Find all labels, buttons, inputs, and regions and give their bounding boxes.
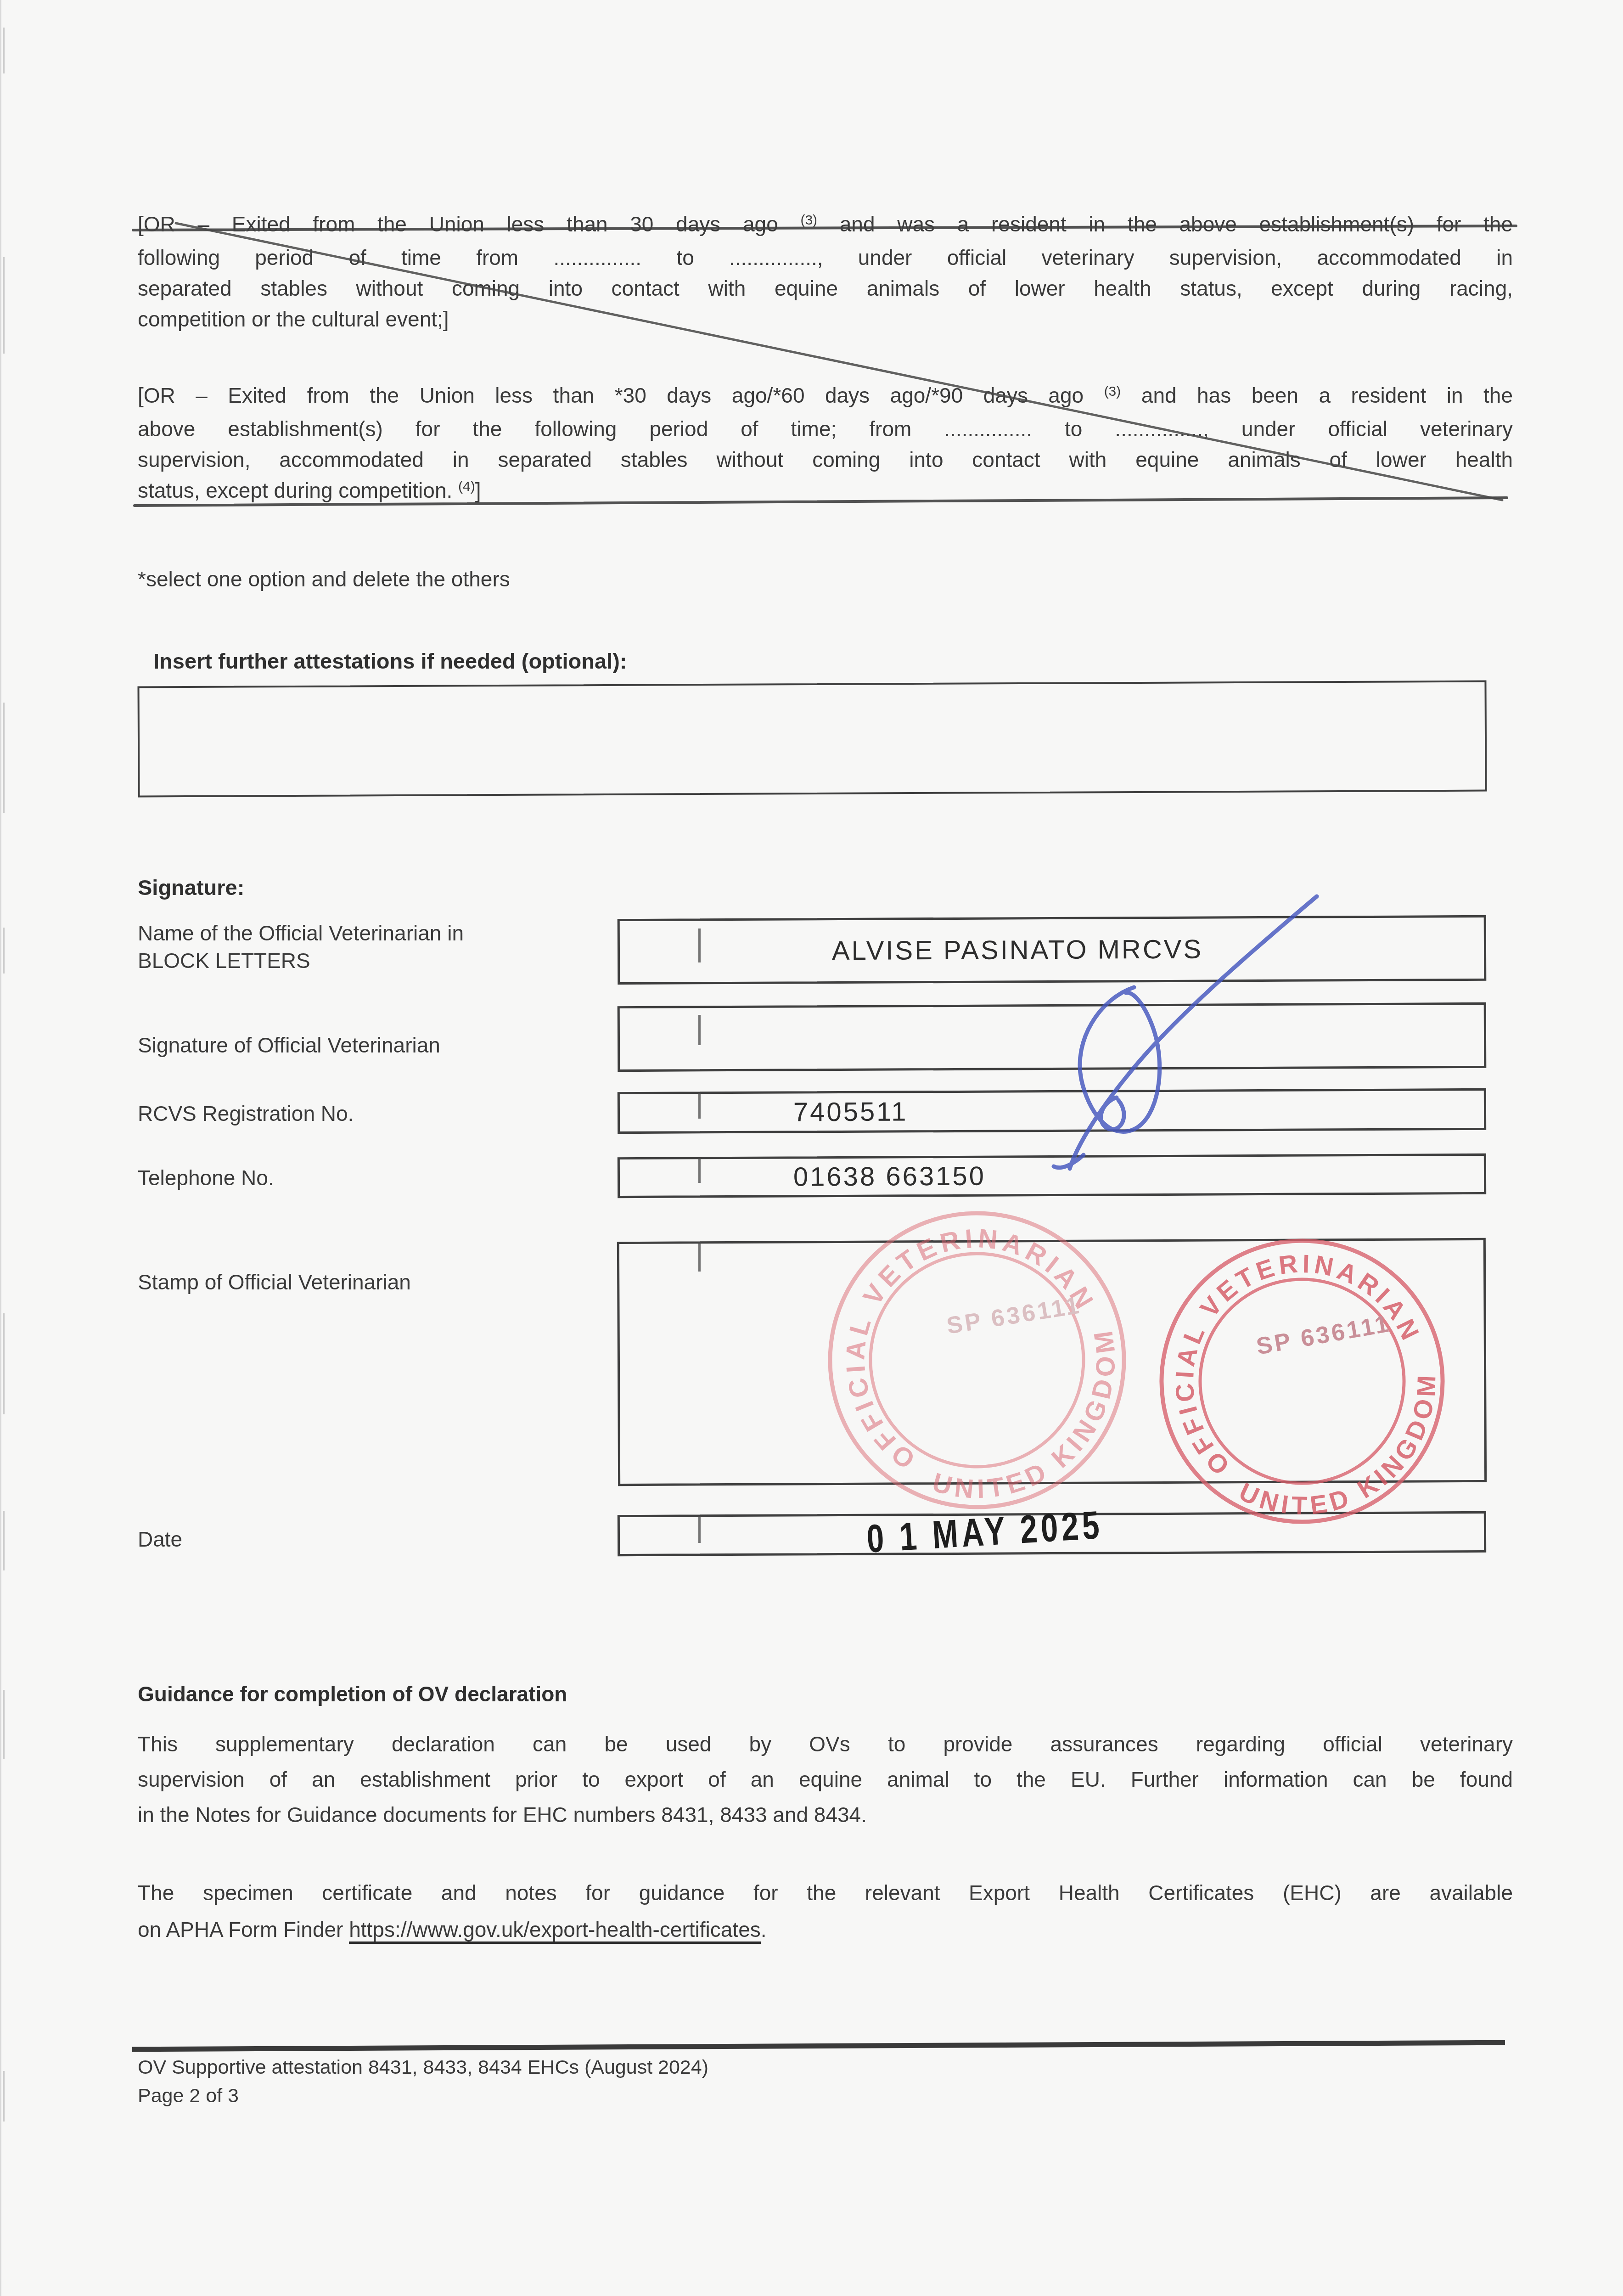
scanned-document-page: [OR – Exited from the Union less than 30… [0, 0, 1623, 2296]
rcvs-value-wrap: 7405511 [620, 1091, 1484, 1131]
text-span: . [761, 1918, 767, 1941]
signature-section-heading: Signature: [138, 875, 244, 900]
text-line: status, except during competition. (4)] [138, 475, 1513, 509]
label-line: BLOCK LETTERS [138, 947, 514, 974]
footer-document-title: OV Supportive attestation 8431, 8433, 84… [138, 2056, 708, 2079]
text-line: [OR – Exited from the Union less than *3… [138, 380, 1513, 414]
footer-rule [132, 2040, 1505, 2052]
text-span: and has been a resident in the [1121, 383, 1513, 407]
guidance-paragraph: This supplementary declaration can be us… [138, 1727, 1513, 1833]
paper-crease-mark [698, 1516, 701, 1543]
date-label: Date [138, 1525, 182, 1553]
paper-crease-mark [698, 929, 701, 962]
scan-artifact [3, 257, 5, 354]
export-health-certificates-link[interactable]: https://www.gov.uk/export-health-certifi… [349, 1918, 761, 1944]
text-span: [OR – Exited from the Union less than *3… [138, 383, 1104, 407]
rcvs-field-box: 7405511 [618, 1088, 1486, 1134]
text-span: [OR – Exited from the Union less than 30… [138, 212, 800, 236]
text-line: This supplementary declaration can be us… [138, 1727, 1513, 1762]
scan-artifact [3, 928, 5, 974]
text-line: The specimen certificate and notes for g… [138, 1874, 1513, 1911]
telephone-value-wrap: 01638 663150 [620, 1156, 1484, 1196]
paper-crease-mark [698, 1093, 701, 1119]
text-line: above establishment(s) for the following… [138, 414, 1513, 445]
paper-crease-mark [698, 1015, 701, 1045]
text-line: in the Notes for Guidance documents for … [138, 1797, 1513, 1833]
scan-edge-line [0, 0, 1, 2296]
name-label: Name of the Official Veterinarian in BLO… [138, 919, 514, 974]
text-line: supervision of an establishment prior to… [138, 1762, 1513, 1797]
stamp-field-box [617, 1238, 1487, 1486]
scan-artifact [3, 703, 5, 813]
footnote-ref: (3) [800, 213, 817, 228]
scan-artifact [3, 28, 5, 73]
attestation-option-1-struck: [OR – Exited from the Union less than 30… [138, 209, 1513, 335]
stamp-label: Stamp of Official Veterinarian [138, 1268, 411, 1296]
scan-artifact [3, 1511, 5, 1570]
attestation-option-2: [OR – Exited from the Union less than *3… [138, 380, 1513, 509]
scan-artifact [3, 2071, 5, 2122]
text-span: and was a resident in the above establis… [817, 212, 1513, 236]
select-option-note: *select one option and delete the others [138, 564, 1513, 595]
further-attestations-box [137, 681, 1487, 798]
text-line: supervision, accommodated in separated s… [138, 445, 1513, 475]
text-span: status, except during competition. [138, 478, 458, 502]
name-value: ALVISE PASINATO MRCVS [832, 934, 1203, 967]
specimen-paragraph: The specimen certificate and notes for g… [138, 1874, 1513, 1948]
scan-artifact [3, 1313, 5, 1414]
telephone-value: 01638 663150 [793, 1161, 986, 1193]
paper-crease-mark [698, 1242, 701, 1272]
paper-crease-mark [698, 1158, 701, 1183]
rcvs-label: RCVS Registration No. [138, 1100, 354, 1127]
text-line: separated stables without coming into co… [138, 273, 1513, 304]
telephone-field-box: 01638 663150 [618, 1154, 1486, 1198]
text-span: on APHA Form Finder [138, 1918, 349, 1941]
footnote-ref: (3) [1104, 384, 1121, 399]
text-line: competition or the cultural event;] [138, 304, 1513, 335]
name-value-wrap: ALVISE PASINATO MRCVS [620, 917, 1484, 982]
footnote-ref: (4) [458, 479, 475, 494]
guidance-heading: Guidance for completion of OV declaratio… [138, 1682, 567, 1706]
text-line: on APHA Form Finder https://www.gov.uk/e… [138, 1911, 1513, 1948]
telephone-label: Telephone No. [138, 1164, 274, 1192]
signature-field-box [618, 1002, 1487, 1072]
text-line: [OR – Exited from the Union less than 30… [138, 209, 1513, 242]
further-attestations-heading: Insert further attestations if needed (o… [153, 648, 627, 674]
label-line: Name of the Official Veterinarian in [138, 919, 514, 947]
rcvs-value: 7405511 [793, 1096, 908, 1127]
text-line: following period of time from ..........… [138, 242, 1513, 273]
footer-page-number: Page 2 of 3 [138, 2085, 239, 2107]
name-field-box: ALVISE PASINATO MRCVS [618, 915, 1487, 985]
text-span: ] [475, 478, 481, 502]
scan-artifact [3, 1690, 5, 1759]
signature-label: Signature of Official Veterinarian [138, 1031, 440, 1059]
